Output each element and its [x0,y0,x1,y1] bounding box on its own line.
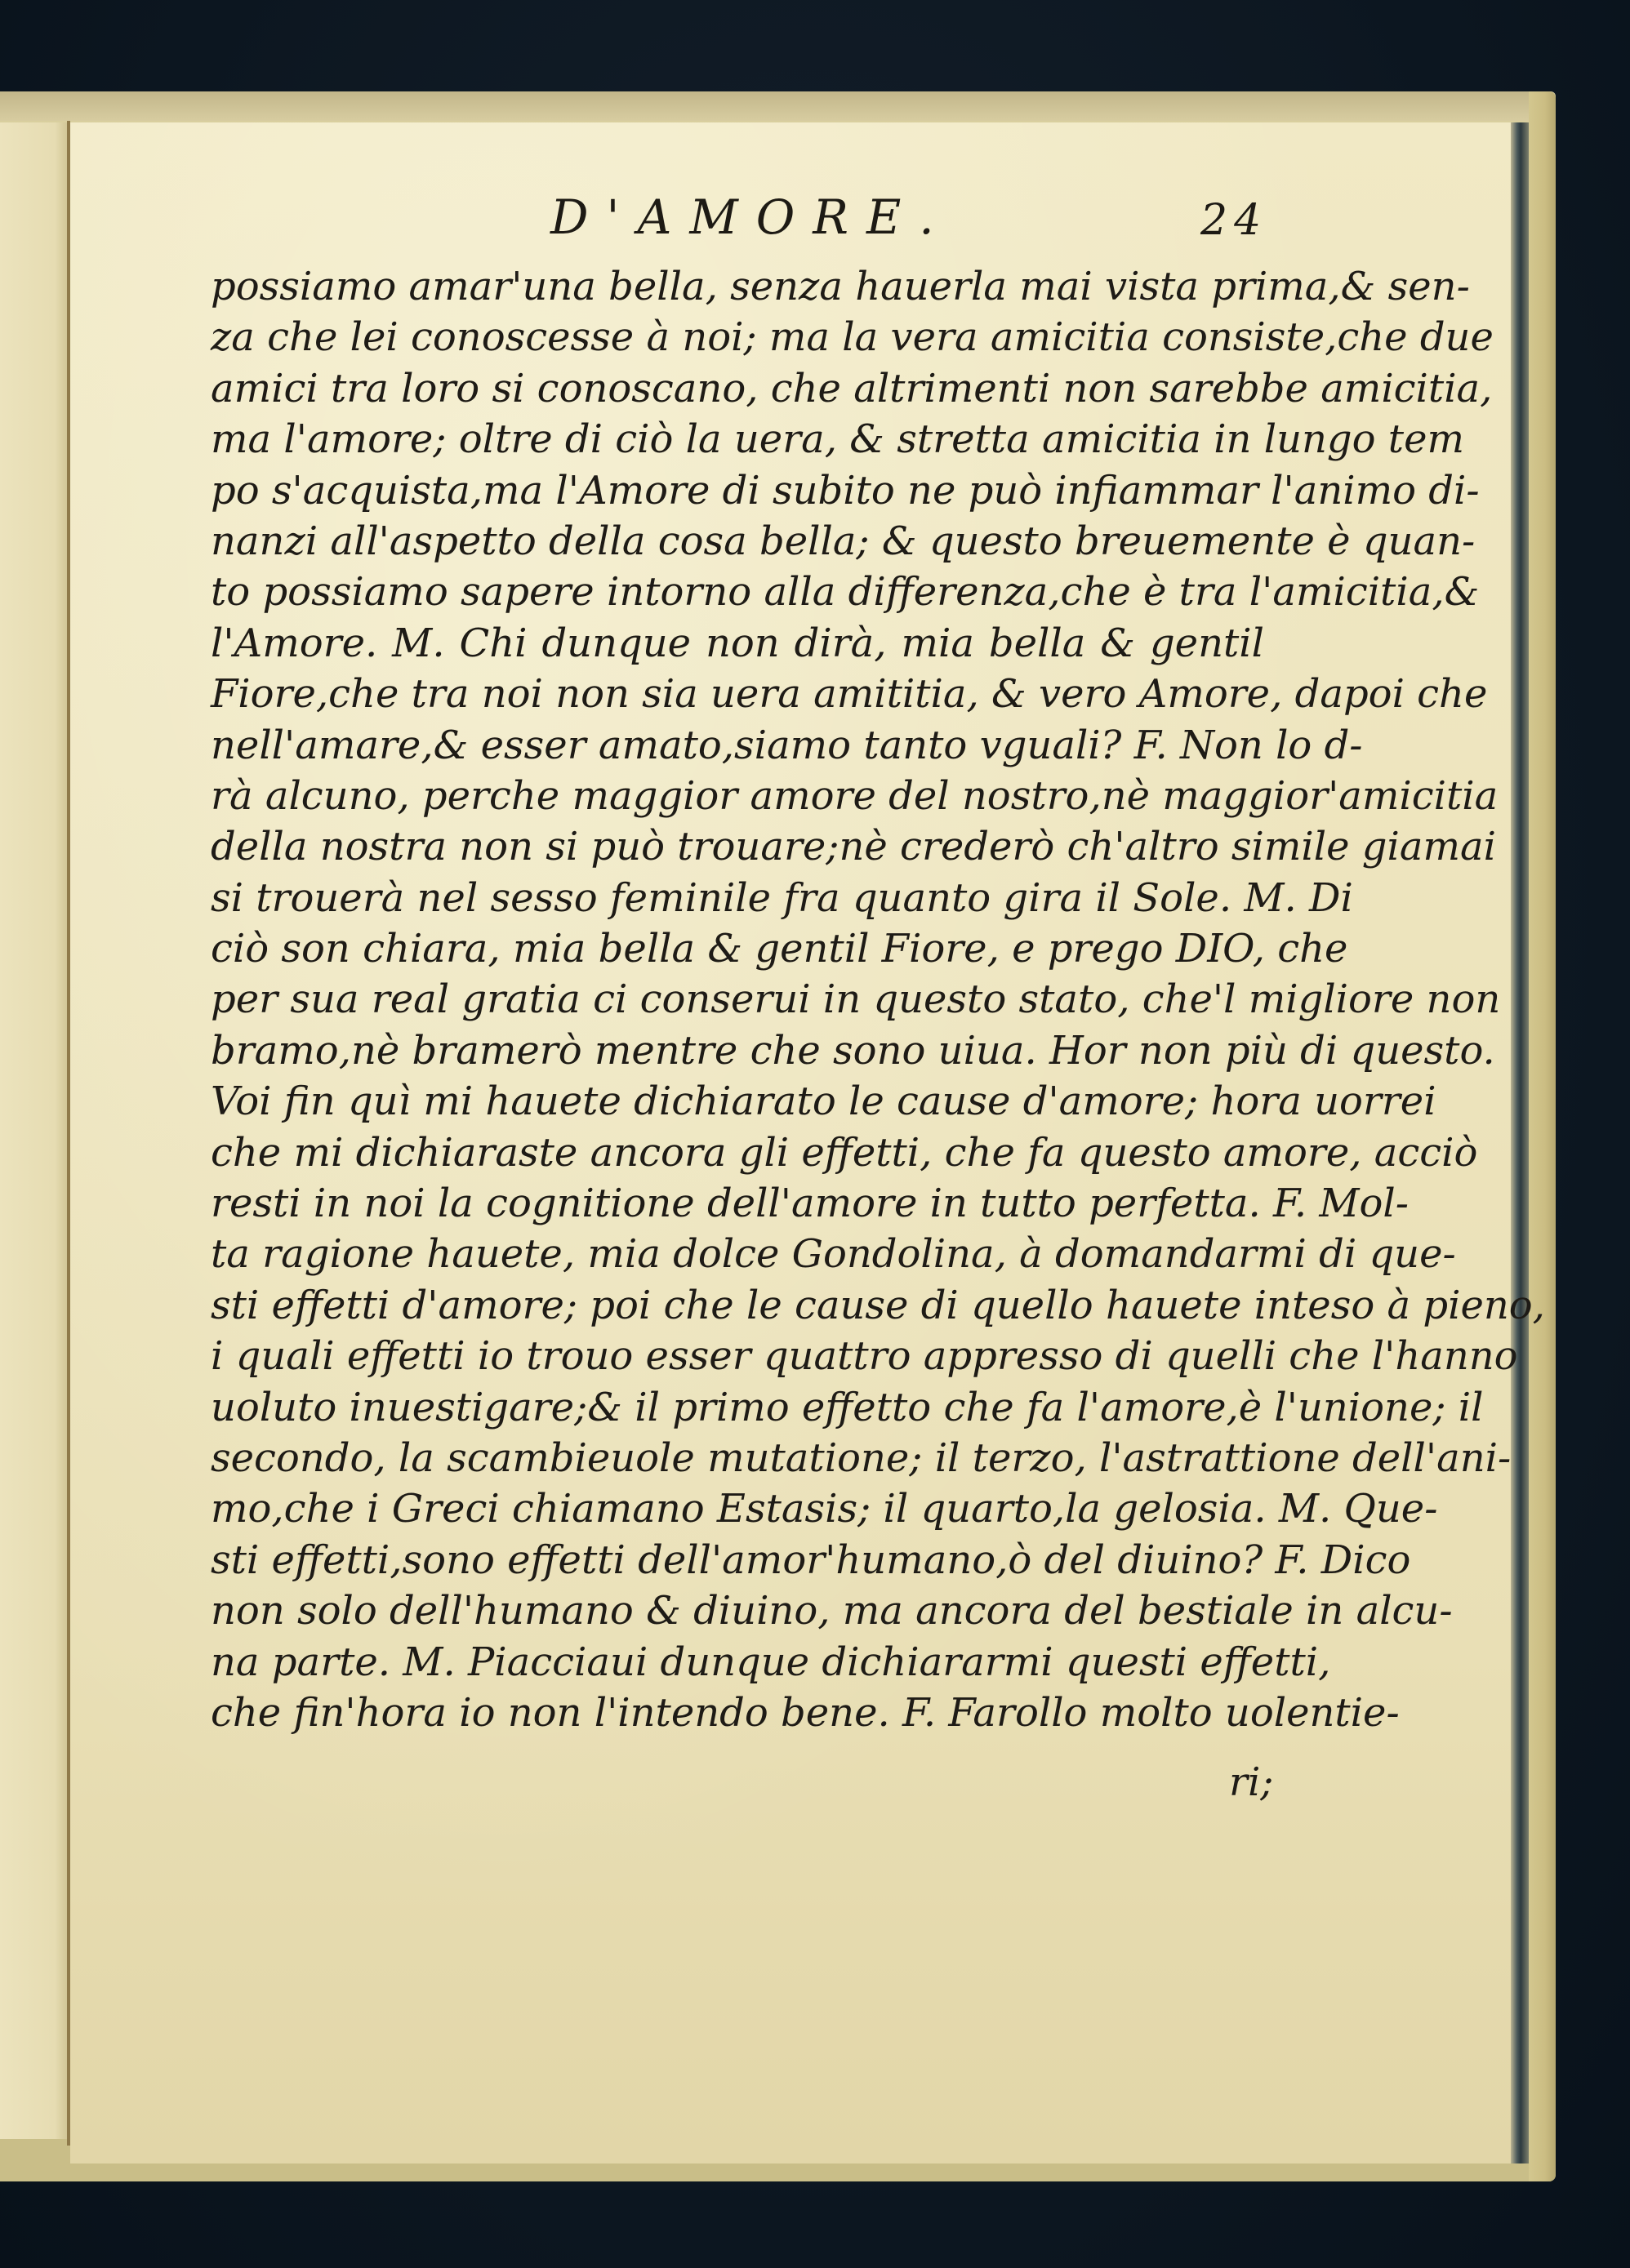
facing-page-edge [0,122,69,2139]
page-header: D'AMORE. 24 [70,189,1511,255]
text-line: i quali effetti io trouo esser quattro a… [211,1331,1264,1381]
text-line: po s'acquista,ma l'Amore di subito ne pu… [211,465,1264,516]
text-line: nell'amare,& esser amato,siamo tanto vgu… [211,720,1264,771]
text-line: uoluto inuestigare;& il primo effetto ch… [211,1382,1264,1433]
cover-top-strip [0,91,1535,121]
running-title: D'AMORE. [550,189,952,245]
text-line: della nostra non si può trouare;nè crede… [211,821,1264,872]
text-line: non solo dell'humano & diuino, ma ancora… [211,1585,1264,1636]
catchword: ri; [1229,1759,1273,1805]
text-line: sti effetti d'amore; poi che le cause di… [211,1280,1264,1331]
text-line: sti effetti,sono effetti dell'amor'human… [211,1535,1264,1585]
text-line: nanzi all'aspetto della cosa bella; & qu… [211,516,1264,567]
page-edge-binding [1511,122,1529,2163]
text-line: ta ragione hauete, mia dolce Gondolina, … [211,1229,1264,1279]
text-line: za che lei conoscesse à noi; ma la vera … [211,312,1264,362]
page-number: 24 [1200,196,1267,245]
text-line: si trouerà nel sesso feminile fra quanto… [211,873,1264,923]
text-line: Fiore,che tra noi non sia uera amititia,… [211,669,1264,719]
body-text: possiamo amar'una bella, senza hauerla m… [211,261,1264,1738]
text-line: l'Amore. M. Chi dunque non dirà, mia bel… [211,618,1264,669]
right-cover-edge [1529,91,1556,2181]
text-line: possiamo amar'una bella, senza hauerla m… [211,261,1264,312]
text-line: to possiamo sapere intorno alla differen… [211,567,1264,617]
text-line: amici tra loro si conoscano, che altrime… [211,363,1264,414]
text-line: per sua real gratia ci conserui in quest… [211,974,1264,1025]
text-line: ma l'amore; oltre di ciò la uera, & stre… [211,414,1264,465]
text-line: na parte. M. Piacciaui dunque dichiararm… [211,1637,1264,1688]
text-line: resti in noi la cognitione dell'amore in… [211,1178,1264,1229]
text-line: ciò son chiara, mia bella & gentil Fiore… [211,923,1264,974]
text-line: bramo,nè bramerò mentre che sono uiua. H… [211,1025,1264,1076]
text-line: Voi fin quì mi hauete dichiarato le caus… [211,1076,1264,1127]
text-line: mo,che i Greci chiamano Estasis; il quar… [211,1483,1264,1534]
text-line: rà alcuno, perche maggior amore del nost… [211,771,1264,821]
text-line: che fin'hora io non l'intendo bene. F. F… [211,1688,1264,1738]
text-line: secondo, la scambieuole mutatione; il te… [211,1433,1264,1483]
text-line: che mi dichiaraste ancora gli effetti, c… [211,1127,1264,1178]
